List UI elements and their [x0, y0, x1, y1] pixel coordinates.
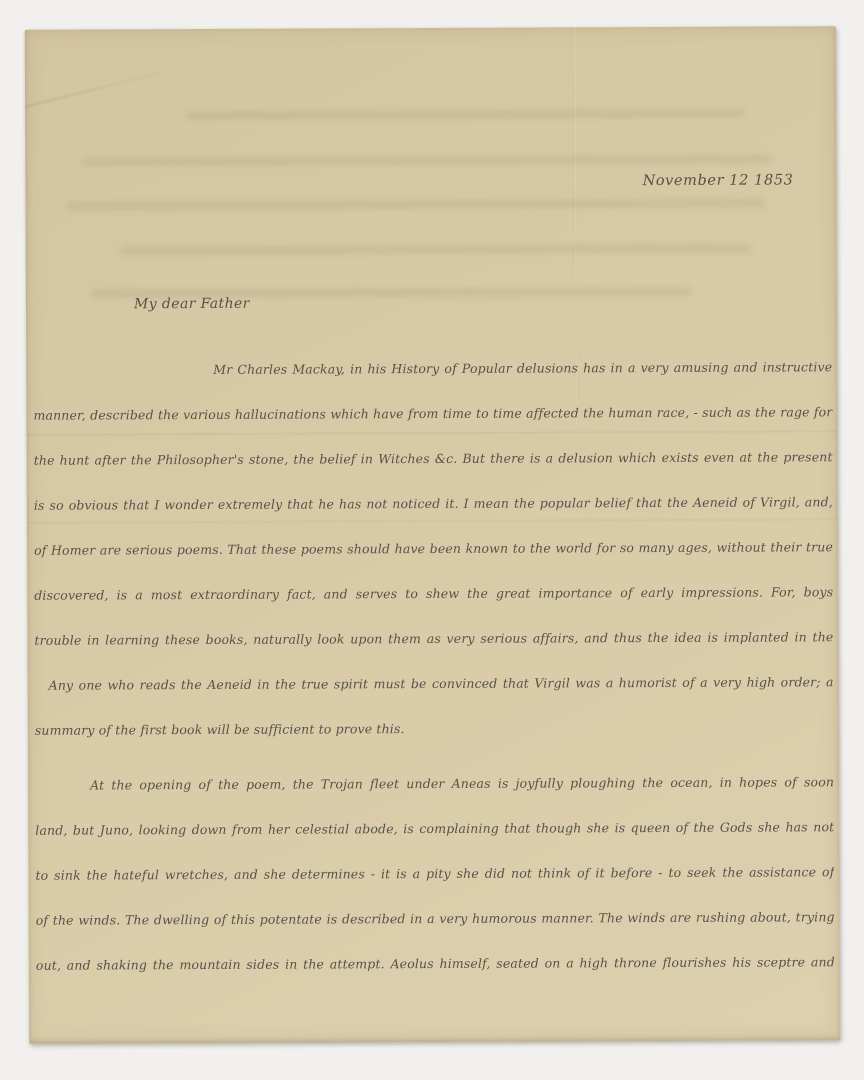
ink-bleedthrough-line [66, 199, 766, 211]
letter-line: summary of the first book will be suffic… [35, 704, 834, 752]
letter-line: land, but Juno, looking down from her ce… [35, 804, 834, 852]
letter-line: out, and shaking the mountain sides in t… [36, 939, 835, 987]
letter-line: is so obvious that I wonder extremely th… [34, 479, 833, 527]
letter-line: the hunt after the Philosopher's stone, … [34, 434, 833, 482]
fold-crease-corner [25, 65, 185, 111]
letter-line: manner, described the various hallucinat… [33, 389, 832, 437]
letter-line: of Homer are serious poems. That these p… [34, 524, 833, 572]
letter-line: of the winds. The dwelling of this poten… [36, 894, 835, 942]
scan-background: November 12 1853 My dear Father Mr Charl… [0, 0, 864, 1080]
letter-body: Mr Charles Mackay, in his History of Pop… [33, 344, 835, 987]
letter-salutation: My dear Father [134, 296, 250, 313]
letter-line: Any one who reads the Aeneid in the true… [35, 659, 834, 707]
letter-line: discovered, is a most extraordinary fact… [34, 569, 833, 617]
ink-bleedthrough-line [80, 155, 770, 167]
letter-paragraph-2: Any one who reads the Aeneid in the true… [35, 659, 834, 752]
letter-paragraph-3: At the opening of the poem, the Trojan f… [35, 759, 835, 987]
letter-line: trouble in learning these books, natural… [34, 614, 833, 662]
ink-bleedthrough-line [121, 244, 751, 256]
letter-page: November 12 1853 My dear Father Mr Charl… [25, 26, 840, 1044]
letter-line: to sink the hateful wretches, and she de… [35, 849, 834, 897]
ink-bleedthrough-line [185, 109, 745, 120]
letter-line: Mr Charles Mackay, in his History of Pop… [33, 344, 832, 392]
letter-paragraph-1: Mr Charles Mackay, in his History of Pop… [33, 344, 833, 662]
letter-line: At the opening of the poem, the Trojan f… [35, 759, 834, 807]
letter-date: November 12 1853 [25, 172, 793, 191]
